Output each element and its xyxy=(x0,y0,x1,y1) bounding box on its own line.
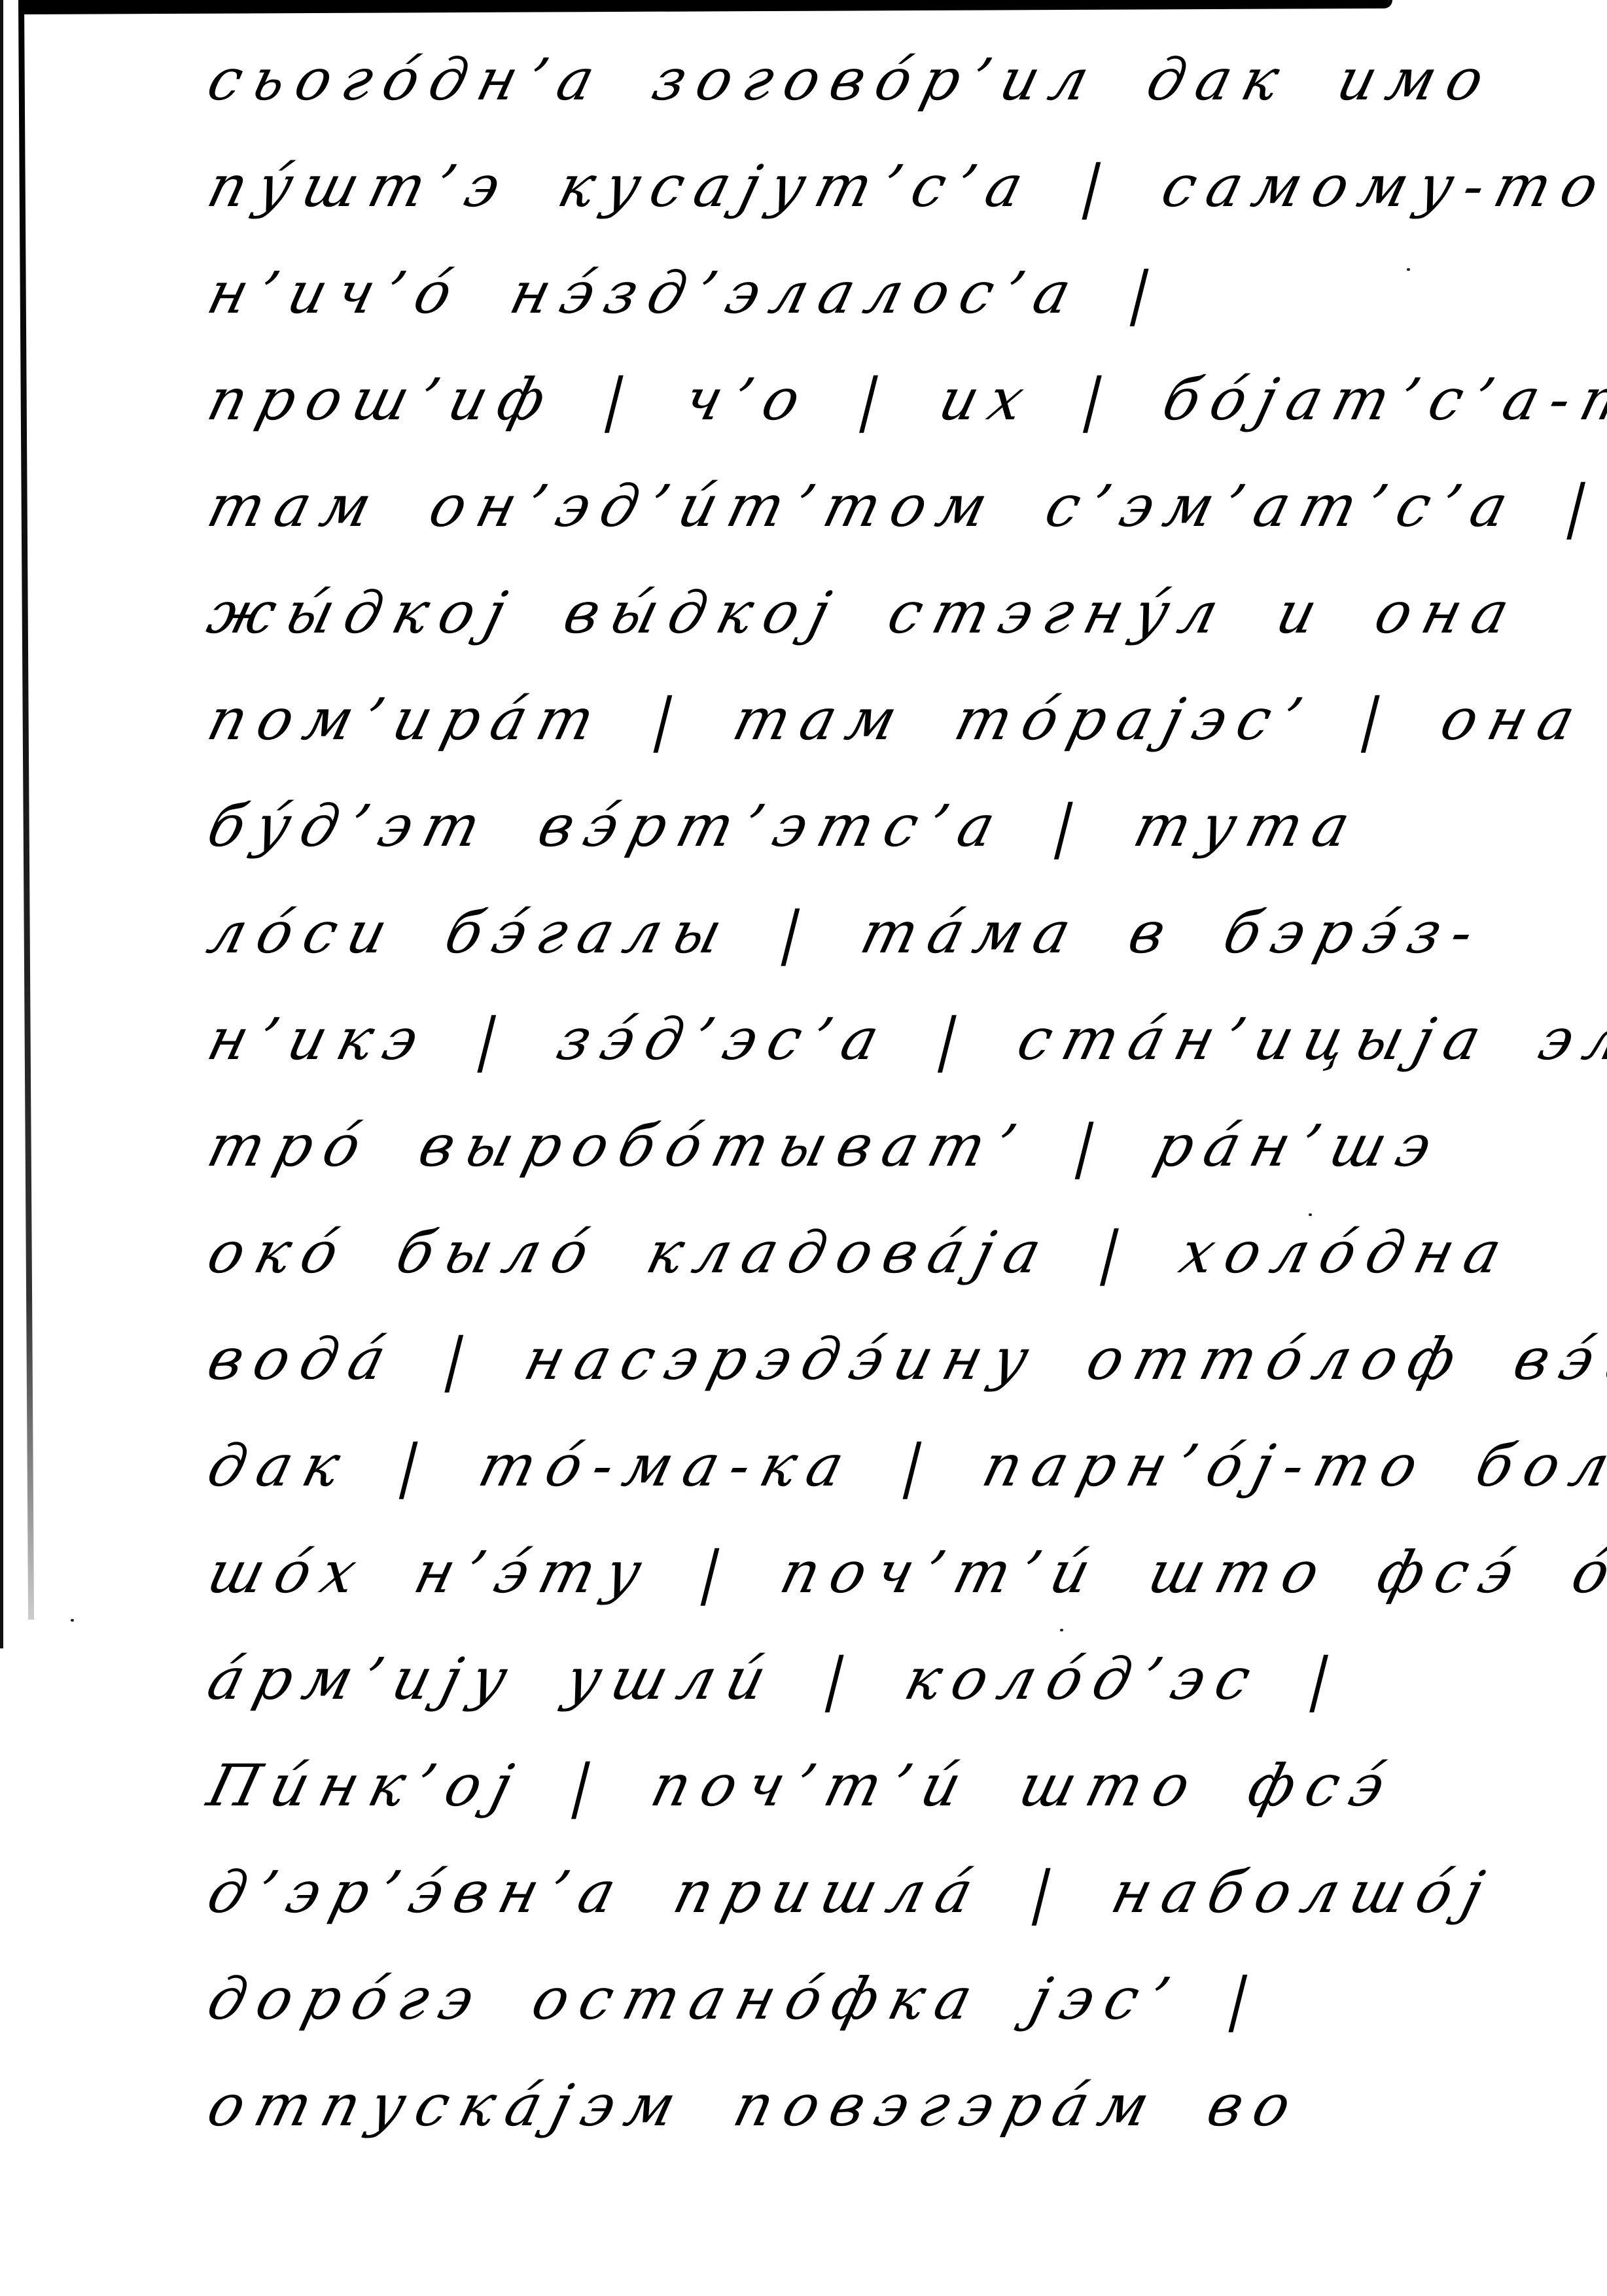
text-line-16: а́рм’ију ушли́ | коло́д’эс | xyxy=(196,1626,1466,1732)
text-line-14: дак | то́-ма-ка | парн’о́ј-то бол’- xyxy=(196,1412,1466,1519)
scan-speck xyxy=(71,1619,74,1622)
text-line-8: бу́д’эт вэ́рт’этс’а | тута xyxy=(196,773,1466,879)
text-line-13: вода́ | насэрэдэ́ину отто́лоф вэ́ш xyxy=(196,1306,1466,1412)
text-line-1: сього́дн’а зогово́р’ил дак имо xyxy=(196,26,1466,133)
text-line-4: прош’иф | ч’о | их | бо́јат’с’а-то xyxy=(196,346,1466,453)
text-line-10: н’икэ | зэ́д’эс’а | ста́н’ицыја эл’эк- xyxy=(196,986,1466,1092)
text-line-6: жы́дкој вы́дкој стэгну́л и она xyxy=(196,559,1466,666)
text-line-5: там он’эд’и́т’том с’эм’ат’с’а | xyxy=(196,453,1466,559)
text-line-19: доро́гэ остано́фка јэс’ | xyxy=(196,1945,1466,2052)
text-line-2: пу́шт’э кусајут’с’а | самому-то xyxy=(196,133,1466,239)
scan-speck xyxy=(1060,1629,1063,1631)
text-line-11: тро́ выробо́тыват’ | ра́н’шэ xyxy=(196,1092,1466,1199)
scan-speck xyxy=(1309,1213,1312,1216)
text-line-20: отпуска́јэм повэгэра́м во xyxy=(196,2052,1466,2159)
page-edge-top-shadow xyxy=(18,0,1392,14)
text-line-3: н’ич’о́ нэ́зд’элалос’а | xyxy=(196,239,1466,346)
text-line-7: пом’ира́т | там то́рајэс’ | она xyxy=(196,666,1466,773)
handwritten-text-block: сього́дн’а зогово́р’ил дак имо пу́шт’э к… xyxy=(196,26,1439,2159)
text-line-18: д’эр’э́вн’а пришла́ | наболшо́ј xyxy=(196,1839,1466,1945)
page-edge-left-shadow xyxy=(18,4,34,1620)
text-line-12: око́ было́ кладова́ја | холо́дна xyxy=(196,1199,1466,1306)
scanner-edge-left xyxy=(0,0,3,1648)
text-line-15: шо́х н’э́ту | поч’т’и́ што фсэ́ о́в xyxy=(196,1519,1466,1626)
text-line-17: Пи́нк’ој | поч’т’и́ што фсэ́ xyxy=(196,1732,1466,1839)
text-line-9: ло́си бэ́галы | та́ма в бэрэ́з- xyxy=(196,879,1466,986)
scan-speck xyxy=(1407,268,1410,271)
scanned-page: сього́дн’а зогово́р’ил дак имо пу́шт’э к… xyxy=(0,0,1607,2296)
